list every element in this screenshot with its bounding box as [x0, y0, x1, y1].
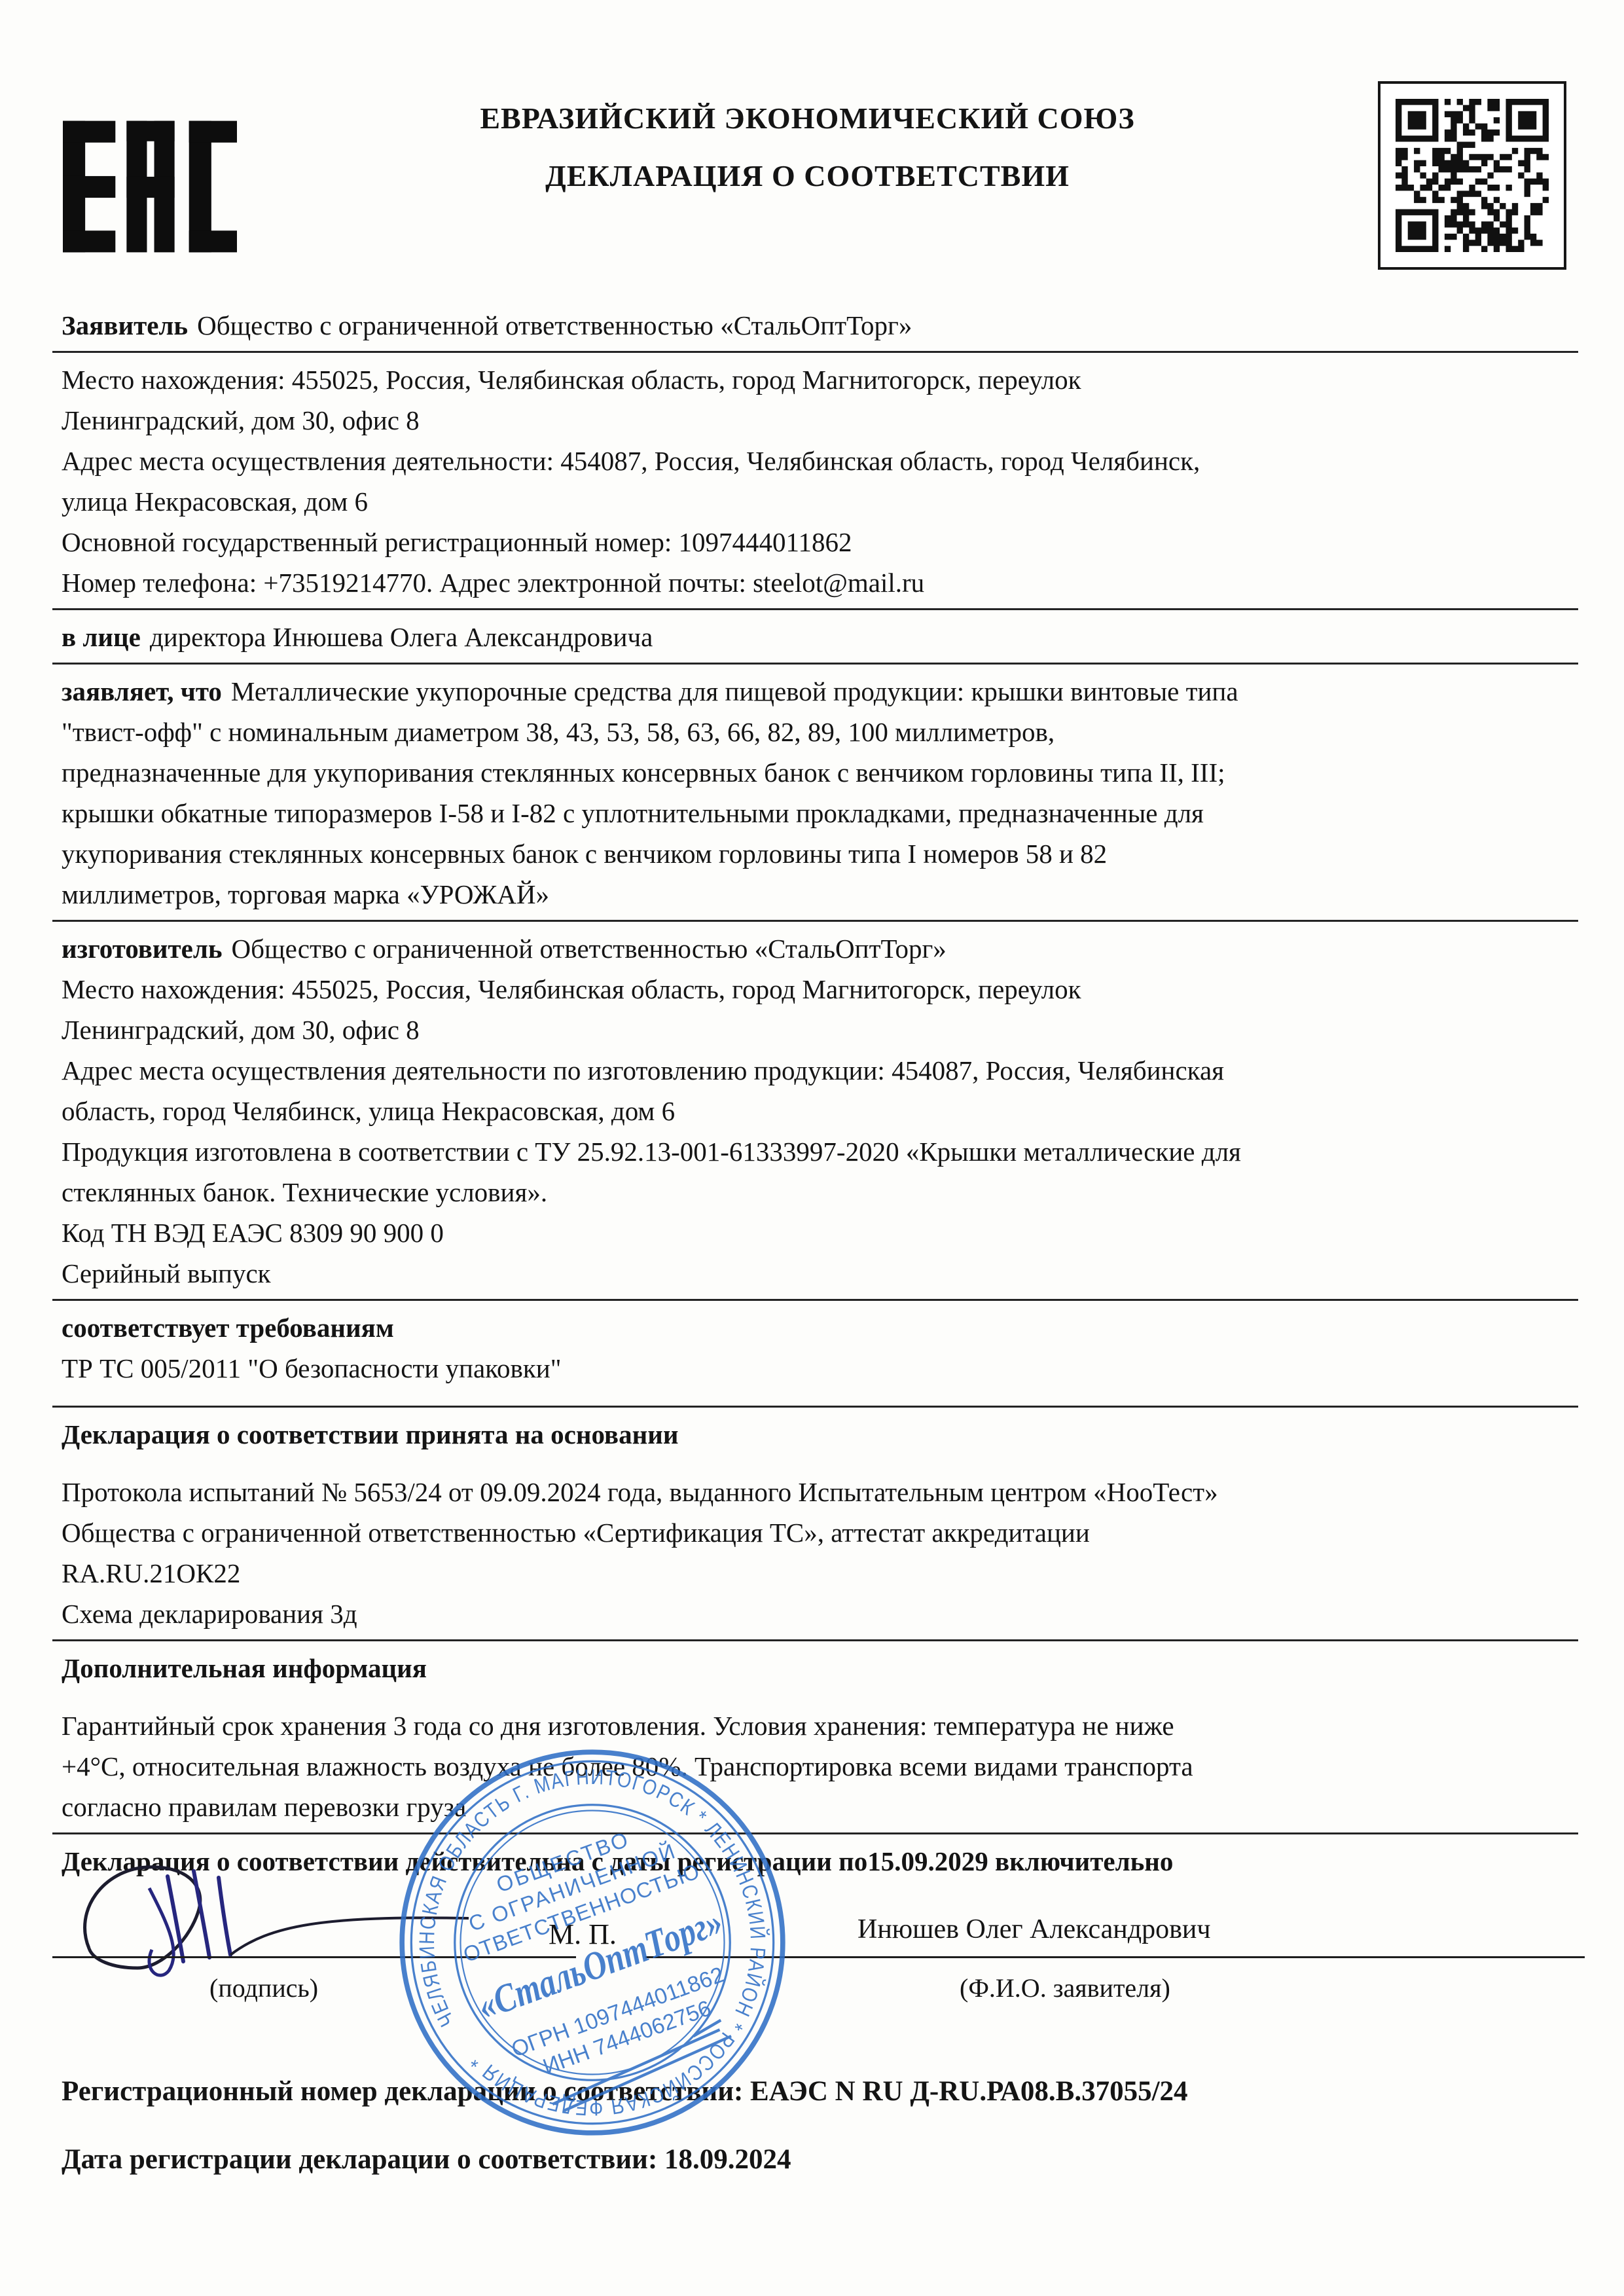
signature-caption: (подпись): [209, 1968, 318, 2009]
registration-date-line: Дата регистрации декларации о соответств…: [62, 2140, 1578, 2180]
divider: [52, 1832, 1578, 1834]
manufacturer-label: изготовитель: [62, 934, 223, 964]
manufacturer-line: Ленинградский, дом 30, офис 8: [62, 1010, 1578, 1050]
doc-title: ДЕКЛАРАЦИЯ О СООТВЕТСТВИИ: [237, 156, 1378, 196]
divider: [52, 663, 1578, 665]
applicant-row: ЗаявительОбщество с ограниченной ответст…: [62, 305, 1578, 346]
product-line: укупоривания стеклянных консервных банок…: [62, 833, 1578, 874]
declares-label: заявляет, что: [62, 676, 222, 706]
basis-line: Общества с ограниченной ответственностью…: [62, 1512, 1578, 1553]
fio-underline: [645, 1956, 1585, 1958]
applicant-name: Общество с ограниченной ответственностью…: [197, 310, 912, 340]
basis-line: Протокола испытаний № 5653/24 от 09.09.2…: [62, 1472, 1578, 1512]
title-block: ЕВРАЗИЙСКИЙ ЭКОНОМИЧЕСКИЙ СОЮЗ ДЕКЛАРАЦИ…: [237, 73, 1378, 196]
registration-number-line: Регистрационный номер декларации о соотв…: [62, 2071, 1578, 2112]
divider: [52, 1639, 1578, 1641]
manufacturer-name: Общество с ограниченной ответственностью…: [232, 934, 947, 964]
stamp-inn: ИНН 7444062756: [539, 1995, 714, 2079]
document-header: ЕВРАЗИЙСКИЙ ЭКОНОМИЧЕСКИЙ СОЮЗ ДЕКЛАРАЦИ…: [0, 0, 1624, 270]
basis-heading: Декларация о соответствии принята на осн…: [62, 1414, 1578, 1455]
applicant-ogrn-line: Основной государственный регистрационный…: [62, 522, 1578, 562]
fio-caption: (Ф.И.О. заявителя): [960, 1968, 1170, 2009]
product-line: миллиметров, торговая марка «УРОЖАЙ»: [62, 874, 1578, 915]
additional-info-heading: Дополнительная информация: [62, 1648, 1578, 1688]
additional-line: согласно правилам перевозки груза: [62, 1787, 1578, 1827]
divider: [52, 1406, 1578, 1408]
document-body: ЗаявительОбщество с ограниченной ответст…: [0, 270, 1624, 2180]
product-line: Металлические укупорочные средства для п…: [231, 676, 1238, 706]
handwritten-signature: [65, 1850, 474, 1988]
divider: [52, 351, 1578, 353]
divider: [52, 1299, 1578, 1301]
regulation-line: ТР ТС 005/2011 "О безопасности упаковки": [62, 1348, 1578, 1389]
qr-code: [1378, 81, 1566, 270]
qr-modules: [1396, 99, 1549, 252]
signature-block: М. П. Инюшев Олег Александрович (подпись…: [62, 1892, 1578, 2030]
manufacturer-line: Адрес места осуществления деятельности п…: [62, 1050, 1578, 1091]
applicant-fio: Инюшев Олег Александрович: [857, 1909, 1211, 1950]
applicant-activity-line: Адрес места осуществления деятельности: …: [62, 441, 1578, 481]
compliance-heading: соответствует требованиям: [62, 1307, 1578, 1348]
applicant-contacts-line: Номер телефона: +73519214770. Адрес элек…: [62, 562, 1578, 603]
product-line: предназначенные для укупоривания стеклян…: [62, 752, 1578, 793]
divider: [52, 608, 1578, 610]
product-line: крышки обкатные типоразмеров I-58 и I-82…: [62, 793, 1578, 833]
applicant-activity-line: улица Некрасовская, дом 6: [62, 481, 1578, 522]
manufacturer-line: стеклянных банок. Технические условия».: [62, 1172, 1578, 1212]
manufacturer-line: Место нахождения: 455025, Россия, Челяби…: [62, 969, 1578, 1010]
signature-underline: [52, 1956, 576, 1958]
accreditation-line: RA.RU.21ОК22: [62, 1553, 1578, 1594]
divider: [52, 920, 1578, 922]
applicant-address-line: Место нахождения: 455025, Россия, Челяби…: [62, 359, 1578, 400]
product-line: "твист-офф" с номинальным диаметром 38, …: [62, 712, 1578, 752]
manufacturer-row: изготовительОбщество с ограниченной отве…: [62, 928, 1578, 969]
declaration-document: ЕВРАЗИЙСКИЙ ЭКОНОМИЧЕСКИЙ СОЮЗ ДЕКЛАРАЦИ…: [0, 0, 1624, 2296]
stamp-ogrn: ОГРН 1097444011862: [508, 1962, 727, 2062]
serial-production-line: Серийный выпуск: [62, 1253, 1578, 1294]
manufacturer-line: область, город Челябинск, улица Некрасов…: [62, 1091, 1578, 1131]
applicant-label: Заявитель: [62, 310, 188, 340]
additional-line: Гарантийный срок хранения 3 года со дня …: [62, 1705, 1578, 1746]
stamp-place-mark: М. П.: [549, 1914, 617, 1955]
representative-row: в лицедиректора Инюшева Олега Александро…: [62, 617, 1578, 657]
applicant-address-line: Ленинградский, дом 30, офис 8: [62, 400, 1578, 441]
manufacturer-line: Продукция изготовлена в соответствии с Т…: [62, 1131, 1578, 1172]
representative-label: в лице: [62, 622, 141, 652]
additional-line: +4°С, относительная влажность воздуха не…: [62, 1746, 1578, 1787]
scheme-line: Схема декларирования 3д: [62, 1594, 1578, 1634]
union-title: ЕВРАЗИЙСКИЙ ЭКОНОМИЧЕСКИЙ СОЮЗ: [237, 98, 1378, 139]
representative-text: директора Инюшева Олега Александровича: [150, 622, 653, 652]
product-declaration-row: заявляет, чтоМеталлические укупорочные с…: [62, 671, 1578, 712]
tnved-code-line: Код ТН ВЭД ЕАЭС 8309 90 900 0: [62, 1212, 1578, 1253]
eac-logo: [63, 120, 237, 253]
